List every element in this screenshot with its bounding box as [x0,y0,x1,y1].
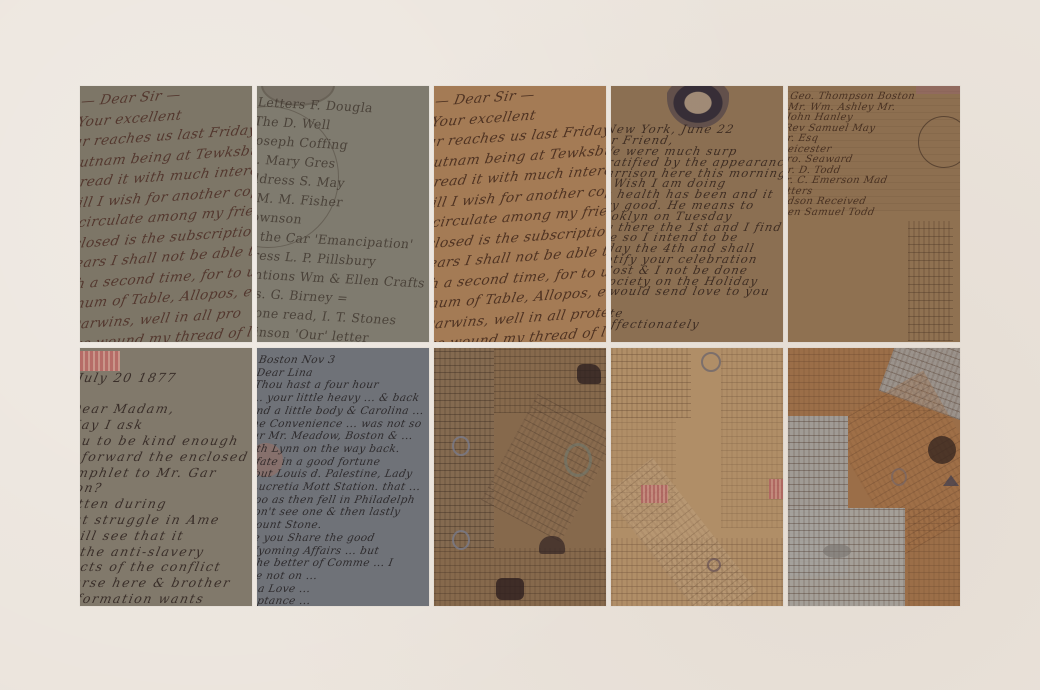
handwritten-line: with the anti-slavery [80,544,206,560]
texture-tile-envelope-collage: Geo. Thompson Boston Mr. Wm. Ashley Mr. … [788,86,960,342]
handwritten-line: Dear Lina [257,367,422,380]
collage-pieces [434,348,606,606]
handwritten-line: Most affectionately [611,319,730,330]
handwritten-text: — Dear Sir — Your excellentar reaches us… [434,86,606,341]
handwritten-line: to forward the enclosed [80,449,227,465]
handwritten-line: While you Share the good [257,532,393,545]
handwritten-line: Mr. C. Emerson Mad [788,176,940,187]
handwritten-line: you to be kind enough [80,433,230,449]
handwritten-line: he will see that it [80,528,210,544]
texture-tile-letter-red-stamp: July 20 1877 Dear Madam, May I ask you t… [80,348,252,606]
handwritten-line: May I ask [80,417,233,433]
texture-tile-tan-collage [611,348,783,606]
texture-tile-blue-grey-letter: Boston Nov 3 Dear Lina Thou hast a four … [257,348,429,606]
handwritten-line [611,92,777,103]
handwritten-line: Boston Nov 3 [258,354,424,367]
handwritten-line: ... soo as then fell in Philadelph [257,494,399,507]
texture-tile-vignette-letter: New York, June 22ar Friend, We were much… [611,86,783,342]
handwritten-line: John Hanley [788,113,951,124]
handwritten-line: ... have not on ... [257,570,386,583]
handwritten-line: with the better of Comme ... I [257,557,388,570]
texture-tile-grey-letter: — Dear Sir — Your excellentar reaches us… [80,86,252,342]
texture-tile-stamp-collage [434,348,606,606]
handwritten-line: ... your little heavy ... & back [257,392,417,405]
handwritten-line [611,103,775,114]
handwritten-text: July 20 1877 Dear Madam, May I ask you t… [80,348,252,606]
handwritten-line: Dear Madam, [80,401,237,417]
handwritten-line: ... acceptance ... [257,595,381,606]
texture-tile-mixed-collage [788,348,960,606]
handwritten-line: the information wants [80,591,196,606]
texture-preview-grid: — Dear Sir — Your excellentar reaches us… [80,86,960,606]
handwritten-line: Written during [80,496,217,512]
handwritten-line: ... Lucretia Mott Station. that ... [257,481,402,494]
handwritten-line: Thou hast a four hour [257,379,419,392]
handwritten-line: Bro. Seaward [788,155,944,166]
handwritten-line: great struggle in Ame [80,512,213,528]
collage-pieces [611,348,783,606]
handwritten-line: Geo. Thompson Boston [789,92,955,103]
handwritten-line: with Lynn on the way back. [257,443,408,456]
handwritten-text: Boston Nov 3 Dear Lina Thou hast a four … [257,348,429,606]
handwritten-line: of course here & brother [80,575,200,591]
handwritten-line: our Mr. Meadow, Boston & ... [257,430,411,443]
handwritten-line: ... Mount Stone. [257,519,395,532]
red-stamp-icon [641,485,668,503]
handwritten-line [80,386,240,402]
handwritten-line: the Wyoming Affairs ... but [257,545,390,558]
texture-tile-pencil-notes: Letters F. Dougla The D. Well Joseph Cof… [257,86,429,342]
handwritten-line: what would send love to you [611,286,736,297]
handwritten-line: Ahlen Samuel Todd [788,208,935,219]
handwritten-text: New York, June 22ar Friend, We were much… [611,86,783,342]
handwritten-line: ... but Louis d. Palestine, Lady [257,468,404,481]
handwritten-text: — Dear Sir — Your excellentar reaches us… [80,86,252,341]
handwritten-line: the Convenience ... was not so [257,418,413,431]
handwritten-line: Jr. Esq [788,134,948,145]
pencil-notes-text: Letters F. Dougla The D. Well Joseph Cof… [257,86,427,342]
handwritten-line: and a little body & Carolina ... [257,405,415,418]
collage-pieces [788,348,960,606]
handwritten-line: rison? [80,480,220,496]
handwritten-line: respects of the conflict [80,559,203,575]
handwritten-line: ... don't see one & then lastly [257,506,397,519]
texture-tile-brown-letter: — Dear Sir — Your excellentar reaches us… [434,86,606,342]
handwritten-line: yours, [611,297,734,308]
handwritten-line: Hudson Received [788,197,936,208]
handwritten-line: pamphlet to Mr. Gar [80,465,223,481]
handwritten-line: July 20 1877 [80,370,243,386]
handwritten-line: ... had a Love ... [257,583,384,596]
handwritten-line [80,354,247,370]
envelope-address-text: Geo. Thompson Boston Mr. Wm. Ashley Mr. … [788,86,960,342]
handwritten-line: ... fate in a good fortune [257,456,406,469]
